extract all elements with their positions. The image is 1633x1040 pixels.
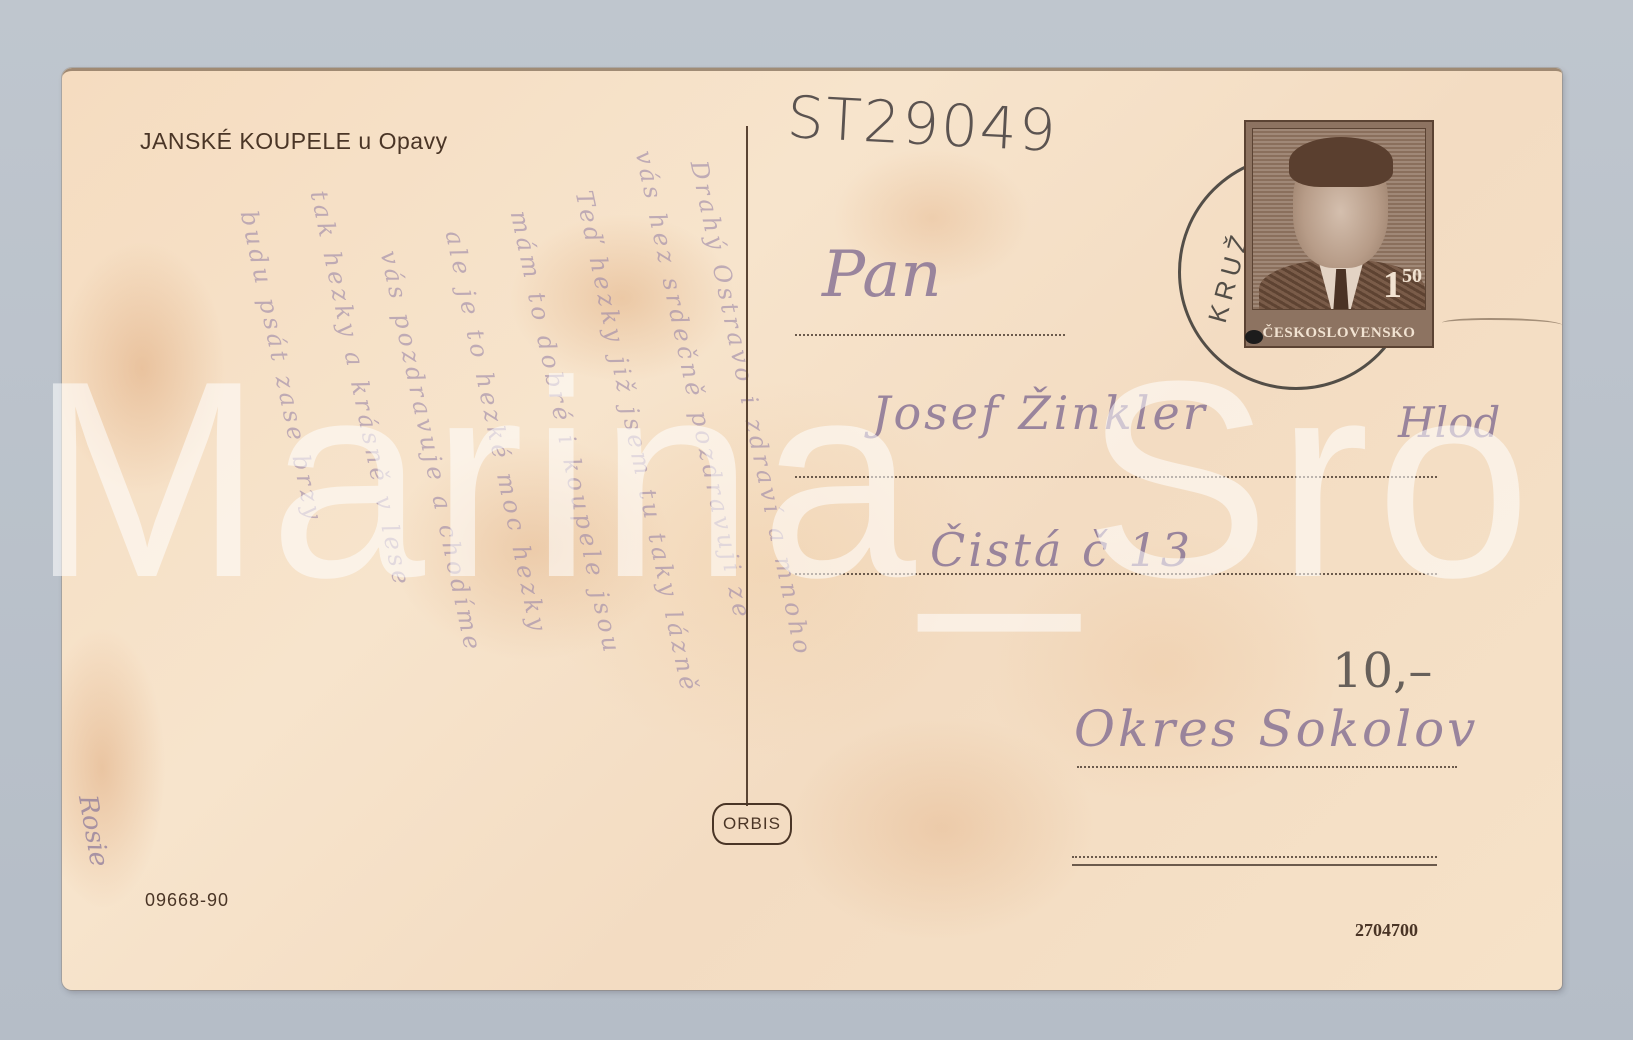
message-line: budu psát zase brzy xyxy=(235,208,329,526)
address-line-5-dotted xyxy=(1072,856,1437,858)
address-salutation: Pan xyxy=(822,238,942,312)
handwritten-message: Drahý Ostravo i zdraví a mnoho vás hez s… xyxy=(72,148,742,948)
publisher-badge: ORBIS xyxy=(712,803,792,845)
address-line-1 xyxy=(795,334,1065,336)
stamp-value-fraction: 50 xyxy=(1402,265,1422,287)
town-fragment: Hlod xyxy=(1398,398,1500,447)
stamp-country: ČESKOSLOVENSKO xyxy=(1246,325,1432,342)
postage-stamp: 150 ČESKOSLOVENSKO xyxy=(1244,120,1434,348)
district: Okres Sokolov xyxy=(1074,700,1478,758)
print-number: 2704700 xyxy=(1355,920,1418,941)
address-line-3 xyxy=(795,573,1437,575)
portrait-hair xyxy=(1289,137,1393,187)
stamp-value: 150 xyxy=(1383,266,1422,304)
photo-background: JANSKÉ KOUPELE u Opavy Drahý Ostravo i z… xyxy=(0,0,1633,1040)
message-line: Teď hezky již jsem tu taky lázně xyxy=(570,188,704,696)
ink-blot xyxy=(1245,330,1263,344)
price-note: 10,– xyxy=(1332,643,1432,699)
address-line-4 xyxy=(1077,766,1457,768)
stamp-value-main: 1 xyxy=(1383,264,1402,306)
address-line-5 xyxy=(1072,864,1437,866)
reference-code: ST29049 xyxy=(785,83,1059,165)
center-divider xyxy=(746,126,748,806)
street-address: Čistá č 13 xyxy=(930,523,1193,577)
postcard: JANSKÉ KOUPELE u Opavy Drahý Ostravo i z… xyxy=(62,68,1562,990)
series-number: 09668-90 xyxy=(145,890,229,911)
recipient-name: Josef Žinkler xyxy=(872,386,1208,440)
paper-tear xyxy=(1442,318,1562,330)
address-line-2 xyxy=(795,476,1437,478)
